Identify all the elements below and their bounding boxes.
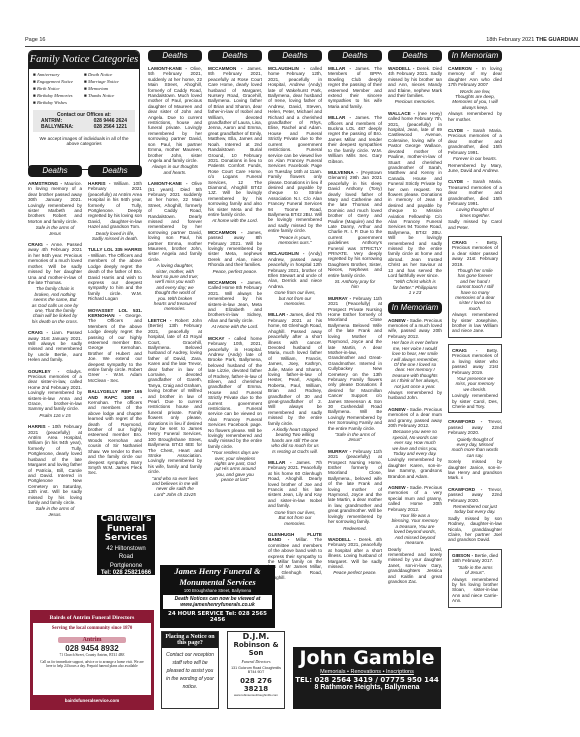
notice-name: CAMERON - — [448, 66, 478, 71]
notice-name: HARRIS - — [28, 424, 50, 429]
notice-name: CRAIG - — [28, 330, 48, 335]
notice: BALLYGELLY RBP 165 AND RAPC 1008 - Kerno… — [88, 389, 142, 476]
notice-verse: "Peace is yours, memories ours." — [271, 235, 319, 246]
notice-name: ARMSTRONG - — [28, 181, 62, 186]
notice-name: LAMONT-KANE - — [148, 66, 187, 71]
notice: MILLAR - James. 7th February 2021. Peace… — [268, 460, 322, 526]
notice: TULLY LOL 335 HARRIS - William. The Offi… — [88, 247, 142, 301]
section-header: In Memoriam — [388, 302, 442, 314]
section-header: Deaths — [388, 50, 442, 62]
images-note: We accept images of individuals in all o… — [29, 134, 139, 148]
section-header: Deaths — [88, 165, 142, 177]
notice-name: AGNEW - — [388, 485, 408, 490]
caldwells-phone: Tel: 028 25821666 — [97, 570, 155, 576]
page-header: Page 16 18th February 2021 THE GUARDIAN — [25, 35, 580, 47]
notice: WADDELL - Derek. Died 4th February 2021.… — [388, 66, 442, 105]
notice: MURRAY - February 11th 2021 (peacefully)… — [328, 449, 382, 531]
gamble-phone: TEL: 028 2564 3419 / 07775 950 144 — [293, 676, 441, 684]
notice-verse: Peace, perfect peace. — [211, 269, 259, 274]
notice-column: DeathsARMSTRONG - Maurice. In loving mem… — [28, 165, 82, 523]
notice-name: MURRAY - — [328, 296, 351, 301]
notice-verse: "Your restless days are over, your sleep… — [211, 450, 259, 482]
office-row: BALLYMENA:028 2564 1221 — [35, 124, 133, 130]
notice: GLENHUGH FLUTE BAND - Millar. The commit… — [268, 532, 322, 581]
notice-column: DeathsWADDELL - Derek. Died 4th February… — [388, 50, 442, 590]
notice-name: MILLAR - — [328, 115, 351, 120]
notice: GIBSON - Bertie, died 18th February 2017… — [448, 549, 502, 608]
category-item: Birthday Memories — [33, 93, 84, 98]
notice-name: MCLAUGHLIN - — [268, 251, 304, 256]
notice-column: DeathsLAMONT-KANE - Olive, 5th February … — [148, 50, 202, 503]
notice: WADDELL - Derek. 4th February 2021, peac… — [328, 537, 382, 576]
notice-name: CRAWFORD - — [448, 419, 482, 424]
notice-verse: Redeemed. — [331, 526, 379, 531]
notice-name: MURRAY - — [328, 449, 351, 454]
category-item: Anniversary — [33, 72, 84, 77]
notice-verse: Dearly loved in life, Sadly missed in de… — [91, 231, 139, 242]
notice: CRAIG - Liam. Passed away 31st January 2… — [28, 330, 82, 362]
notice-name: WADDELL - — [388, 66, 414, 71]
notice: WALLACE - (nee Hoey) called home Februar… — [388, 111, 442, 296]
notice-verse: "and who so ever lives and believes in m… — [151, 476, 199, 498]
notice-column: DeathsMILLAR - James. The Members of BPP… — [328, 50, 382, 582]
notice-name: MULVENNA - — [328, 170, 358, 175]
notice-name: HARRIS - — [88, 181, 110, 186]
notice-name: CRAIG - — [452, 240, 477, 245]
notice: CRAIG - Betty. Precious memories of a lo… — [448, 344, 502, 413]
notice: AGNEW - Sadie. Precious memories of a de… — [388, 407, 442, 479]
section-header: Deaths — [208, 50, 262, 62]
notice-verse: At home with the Lord. — [211, 218, 259, 223]
placing-notice-box: Placing a Notice on this page? Contact o… — [161, 631, 219, 709]
notice: CRAWFORD - Trevor, passed away 22nd Febr… — [448, 419, 502, 480]
djm-phone: 028 276 38218 — [228, 677, 284, 693]
notice: MCCAMMON - James. 8th February 2021, pea… — [208, 66, 262, 224]
notice-column: DeathsMCLAUGHLIN - called home February … — [268, 50, 322, 587]
notice-name: CRAWFORD - — [448, 487, 482, 492]
notice-verse: At Home with the Lord. — [211, 324, 259, 329]
notice: CAMERON - In loving memory of my dear da… — [448, 66, 502, 122]
notice-name: MCCAMMON - — [208, 230, 243, 235]
notice-verse: Safe in the arms of Jesus — [31, 225, 79, 236]
section-header: Deaths — [148, 50, 202, 62]
notice-verse: Psalm 116 v 15 — [31, 413, 79, 418]
notice: MCLAUGHLIN - (Andy) Andrew, passed away … — [268, 251, 322, 306]
notice: MILLAR - James. The officers and members… — [328, 115, 382, 164]
notice: MCCAMMON - James, passed away 8th Februa… — [208, 230, 262, 274]
notice-name: MILLAR - — [268, 312, 288, 317]
notice: AGNEW - Sadie. Precious memories of a ve… — [388, 485, 442, 584]
notice-verse: Loving thoughts of times together. — [451, 207, 499, 218]
notice: MOYASSET LOL 531. KERNOHAN - George. The… — [88, 308, 142, 384]
notice-verse: St. Anthony pray for him — [331, 279, 379, 290]
bairds-phone: 028 9454 8932 — [33, 644, 151, 653]
james-henry-ad[interactable]: James Henry Funeral & Monumental Service… — [160, 565, 275, 628]
notice: MILLAR - James, died 7th February 2021 a… — [268, 312, 322, 454]
notice-name: MILLAR - — [268, 460, 292, 465]
notice-name: AGNEW - — [388, 318, 408, 323]
notice-verse: Quietly thought of every day, Missed muc… — [451, 437, 499, 459]
category-item: Engagement Notice — [33, 79, 84, 84]
notice-verse: Gone from our lives, But not from our me… — [271, 510, 319, 526]
notice-column: DeathsMCCAMMON - James. 8th February 202… — [208, 50, 262, 489]
notice: MCCAMMON - James. Called Home 8th Februa… — [208, 280, 262, 330]
james-henry-website: Death Notices can now be viewed at www.j… — [163, 595, 272, 609]
caldwells-ad[interactable]: Caldwell's Funeral Services 42 Hiltonsto… — [97, 515, 155, 575]
category-item: Birthday Wishes — [33, 100, 84, 105]
notice: CRAWFORD - Trevor, passed away 22nd Febr… — [448, 487, 502, 543]
notice-name: MCLAUGHLIN - — [268, 66, 305, 71]
bairds-ad[interactable]: Bairds of Antrim Funeral Directors Servi… — [30, 610, 154, 710]
notice: HARRIS - 10th February 2021 (peacefully)… — [28, 424, 82, 517]
notice: AGNEW - Sadie. Precious memories of a mu… — [388, 318, 442, 401]
notice-verse: A kindly heart stopped beating Two willi… — [271, 427, 319, 454]
notice-verse: "With Christ which is far better." Phili… — [391, 279, 439, 295]
notice-name: GOURLEY - — [28, 369, 59, 374]
notice: MCKAY - called home February 10th, 2021,… — [208, 336, 262, 483]
notice-name: MCCAMMON - — [208, 280, 243, 285]
notice-verse: Forever in our hearts. — [451, 156, 499, 161]
category-item: Death Notice — [84, 72, 135, 77]
djm-robinson-ad[interactable]: D.J.M. Robinson & Son Funeral Directors … — [227, 631, 285, 709]
page-number: Page 16 — [25, 37, 46, 43]
notice-verse: A loving daughter, sister, mother, with … — [151, 263, 199, 312]
notice: MURRAY - February 11th 2021 (Peacefully)… — [328, 296, 382, 443]
category-item: Memoriam — [84, 86, 135, 91]
section-header: Deaths — [268, 50, 322, 62]
notice: LAMONT-KANE - Olive, 5th February 2021, … — [148, 66, 202, 175]
notice-verse: Gone from our lives, but not from our me… — [271, 290, 319, 306]
notice: CRAIG - Anne. Passed away 4th February 2… — [28, 242, 82, 324]
notice-verse: Because you were so special, No words ca… — [391, 429, 439, 456]
notice-name: GIBSON - — [452, 553, 473, 558]
bairds-website: bairdsfuneralservice.com — [33, 695, 151, 707]
notice-verse: Your presence we miss, your memory we ch… — [455, 376, 495, 392]
notice-name: MCCAMMON - — [208, 66, 243, 71]
category-list: AnniversaryDeath NoticeEngagement Notice… — [29, 69, 139, 108]
notice: CLYDE - Sarah Maria. Treasured memories … — [448, 179, 502, 230]
notice-name: CLYDE - — [448, 179, 469, 184]
notice-name: WALLACE - — [388, 111, 415, 116]
notice: MULVENNA - (Feystown Glenarm) 29th Jan 2… — [328, 170, 382, 290]
notice: GOURLEY - Gladys. Precious memories of a… — [28, 369, 82, 419]
category-item: Birth Notice — [33, 86, 84, 91]
notice-name: CRAIG - — [28, 242, 48, 247]
notice-verse: The family chain is broken, And nothing … — [31, 286, 79, 324]
notice: MILLAR - James. The Members of BPPA Bowl… — [328, 66, 382, 109]
notice-verse: "Safe in the arms of Jesus" — [331, 432, 379, 443]
notice-column: In MemoriamCAMERON - In loving memory of… — [448, 50, 502, 614]
notice-verse: "Safe in the arms of Jesus". — [455, 565, 495, 576]
notice-name: LEETCH - — [148, 318, 171, 323]
family-notice-categories: Family Notice Categories AnniversaryDeat… — [28, 50, 140, 170]
notice: CLYDE - Sarah Maria. Precious memories o… — [448, 128, 502, 173]
notice: ARMSTRONG - Maurice. In loving memory of… — [28, 181, 82, 236]
section-header: Deaths — [28, 165, 82, 177]
category-item: Marriage Notice — [84, 79, 135, 84]
notice-verse: Safe in the arms of Jesus. — [31, 506, 79, 517]
notice-verse: Remembered not just today but every day. — [451, 504, 499, 515]
notice-column: DeathsHARRIS - William. 10th February 20… — [88, 165, 142, 482]
notice-name: AGNEW - — [388, 407, 408, 412]
notice-name: CLYDE - — [448, 128, 469, 133]
john-gamble-ad[interactable]: John Gamble Memorials • Renovations • In… — [293, 647, 441, 709]
section-header: In Memoriam — [448, 50, 502, 62]
notice: LEETCH - Robert John (Bertie) 13th Febru… — [148, 318, 202, 497]
notice-name: WADDELL - — [328, 537, 355, 542]
notice-verse: Though her smile has gone forever and he… — [455, 268, 495, 311]
notice: LAMONT-KANE - Olive (51 years). Died 5th… — [148, 181, 202, 312]
notice-verse: Always in our thoughts and hearts. — [151, 164, 199, 175]
notice-verse: Precious memories. — [391, 99, 439, 104]
section-header: Deaths — [328, 50, 382, 62]
notice-name: BALLYGELLY RBP 165 AND RAPC 1008 - — [88, 389, 142, 399]
categories-title: Family Notice Categories — [29, 51, 139, 69]
notice-name: CRAIG - — [452, 348, 477, 353]
notice: CRAIG - Betty. Precious memories of a de… — [448, 236, 502, 338]
category-item: Thanks Notice — [84, 93, 135, 98]
notice-verse: Peace perfect peace. — [331, 570, 379, 575]
notice-verse: Your life was a blessing, Your memory a … — [391, 513, 439, 545]
notice: HARRIS - William. 10th February 2021 (pe… — [88, 181, 142, 241]
notice-name: MILLAR - — [328, 66, 351, 71]
notice-verse: Words are few, Thoughts are deep, Memori… — [451, 89, 499, 111]
issue-date: 18th February 2021 THE GUARDIAN — [486, 37, 578, 43]
notice-name: MCKAY - — [208, 336, 230, 341]
contact-box: Contact our Offices at: ANTRIM:028 9446 … — [33, 110, 135, 132]
notice-name: LAMONT-KANE - — [148, 181, 188, 186]
notice: MCLAUGHLIN - called home February 12th, … — [268, 66, 322, 245]
notice-verse: Her face is ever before me, Her voice I … — [391, 340, 439, 389]
